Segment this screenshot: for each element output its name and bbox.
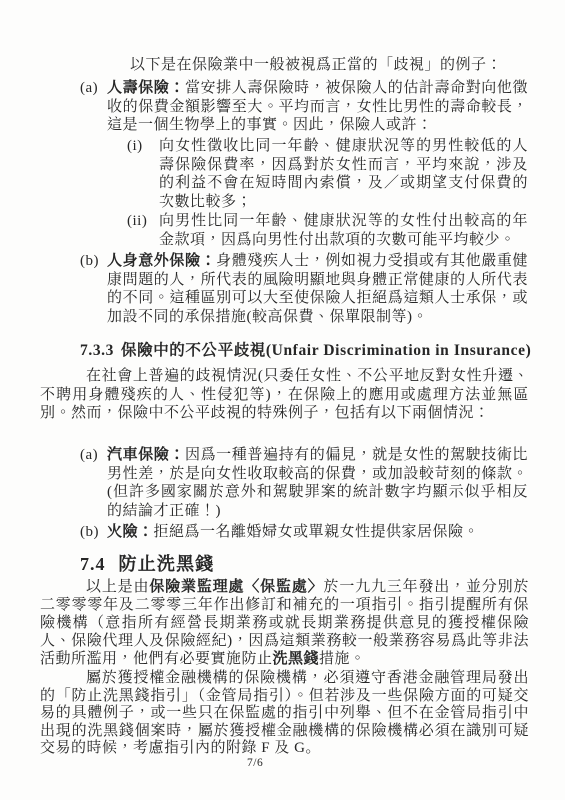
list-item-accident-insurance: (b) 人身意外保險：身體殘疾人士，例如視力受損或有其他嚴重健康問題的人，所代表…: [80, 252, 528, 326]
section-title-english: (Unfair Discrimination in Insurance): [266, 342, 531, 359]
sub-item-i: (i) 向女性徵收比同一年齡、健康狀況等的男性較低的人壽保險保費率，因爲對於女性…: [127, 137, 528, 211]
paragraph-aml-1: 以上是由保險業監理處〈保監處〉於一九九三年發出，並分別於二零零零年及二零零三年作…: [40, 578, 529, 668]
section-heading-7-3-3: 7.3.3保險中的不公平歧視(Unfair Discrimination in …: [80, 338, 531, 360]
aml1-authority-bold: 保險業監理處〈保監處〉: [149, 579, 323, 595]
term-accident-insurance: 人身意外保險：: [107, 253, 216, 269]
term-motor-insurance: 汽車保險：: [107, 447, 185, 463]
paragraph-unfair-discrimination: 在社會上普遍的歧視情況(只委任女性、不公平地反對女性升遷、不聘用身體殘疾的人、性…: [40, 367, 529, 423]
list-item-life-insurance: (a) 人壽保險：當安排人壽保險時，被保險人的估計壽命對向他徵收的保費金額影響至…: [80, 79, 528, 135]
list-label-a2: (a): [80, 446, 107, 520]
section-title: 保險中的不公平歧視: [121, 342, 266, 359]
aml1-segment-1: 以上是由: [86, 579, 149, 595]
list-label-b: (b): [80, 252, 107, 326]
intro-line: 以下是在保險業中一般被視爲正當的「歧視」的例子：: [130, 56, 502, 75]
section-number: 7.3.3: [80, 342, 114, 359]
sub-item-ii: (ii) 向男性比同一年齡、健康狀況等的女性付出較高的年金款項，因爲向男性付出款…: [127, 212, 528, 249]
list-label-a: (a): [80, 79, 107, 135]
list-item-fire-insurance: (b) 火險：拒絕爲一名離婚婦女或單親女性提供家居保險。: [80, 523, 528, 542]
sub-item-i-text: 向女性徵收比同一年齡、健康狀況等的男性較低的人壽保險保費率，因爲對於女性而言，平…: [159, 137, 528, 211]
document-page: 以下是在保險業中一般被視爲正當的「歧視」的例子： (a) 人壽保險：當安排人壽保…: [0, 0, 565, 800]
section-title: 防止洗黑錢: [119, 554, 215, 574]
page-number: 7/6: [247, 757, 263, 769]
section-number: 7.4: [80, 554, 106, 574]
list-label-b2: (b): [80, 523, 107, 542]
sub-item-ii-text: 向男性比同一年齡、健康狀況等的女性付出較高的年金款項，因爲向男性付出款項的次數可…: [159, 212, 528, 249]
section-heading-7-4: 7.4防止洗黑錢: [80, 550, 215, 576]
list-item-motor-insurance: (a) 汽車保險：因爲一種普遍持有的偏見，就是女性的駕駛技術比男性差，於是向女性…: [80, 446, 528, 520]
list-label-i: (i): [127, 137, 159, 211]
fire-insurance-text: 拒絕爲一名離婚婦女或單親女性提供家居保險。: [154, 524, 480, 540]
aml1-segment-5: 措施。: [319, 651, 366, 667]
term-fire-insurance: 火險：: [107, 524, 154, 540]
aml1-money-laundering-bold: 洗黑錢: [273, 651, 320, 667]
list-label-ii: (ii): [127, 212, 159, 249]
term-life-insurance: 人壽保險：: [107, 80, 185, 96]
paragraph-aml-2: 屬於獲授權金融機構的保險機構，必須遵守香港金融管理局發出的「防止洗黑錢指引」（金…: [40, 670, 529, 758]
